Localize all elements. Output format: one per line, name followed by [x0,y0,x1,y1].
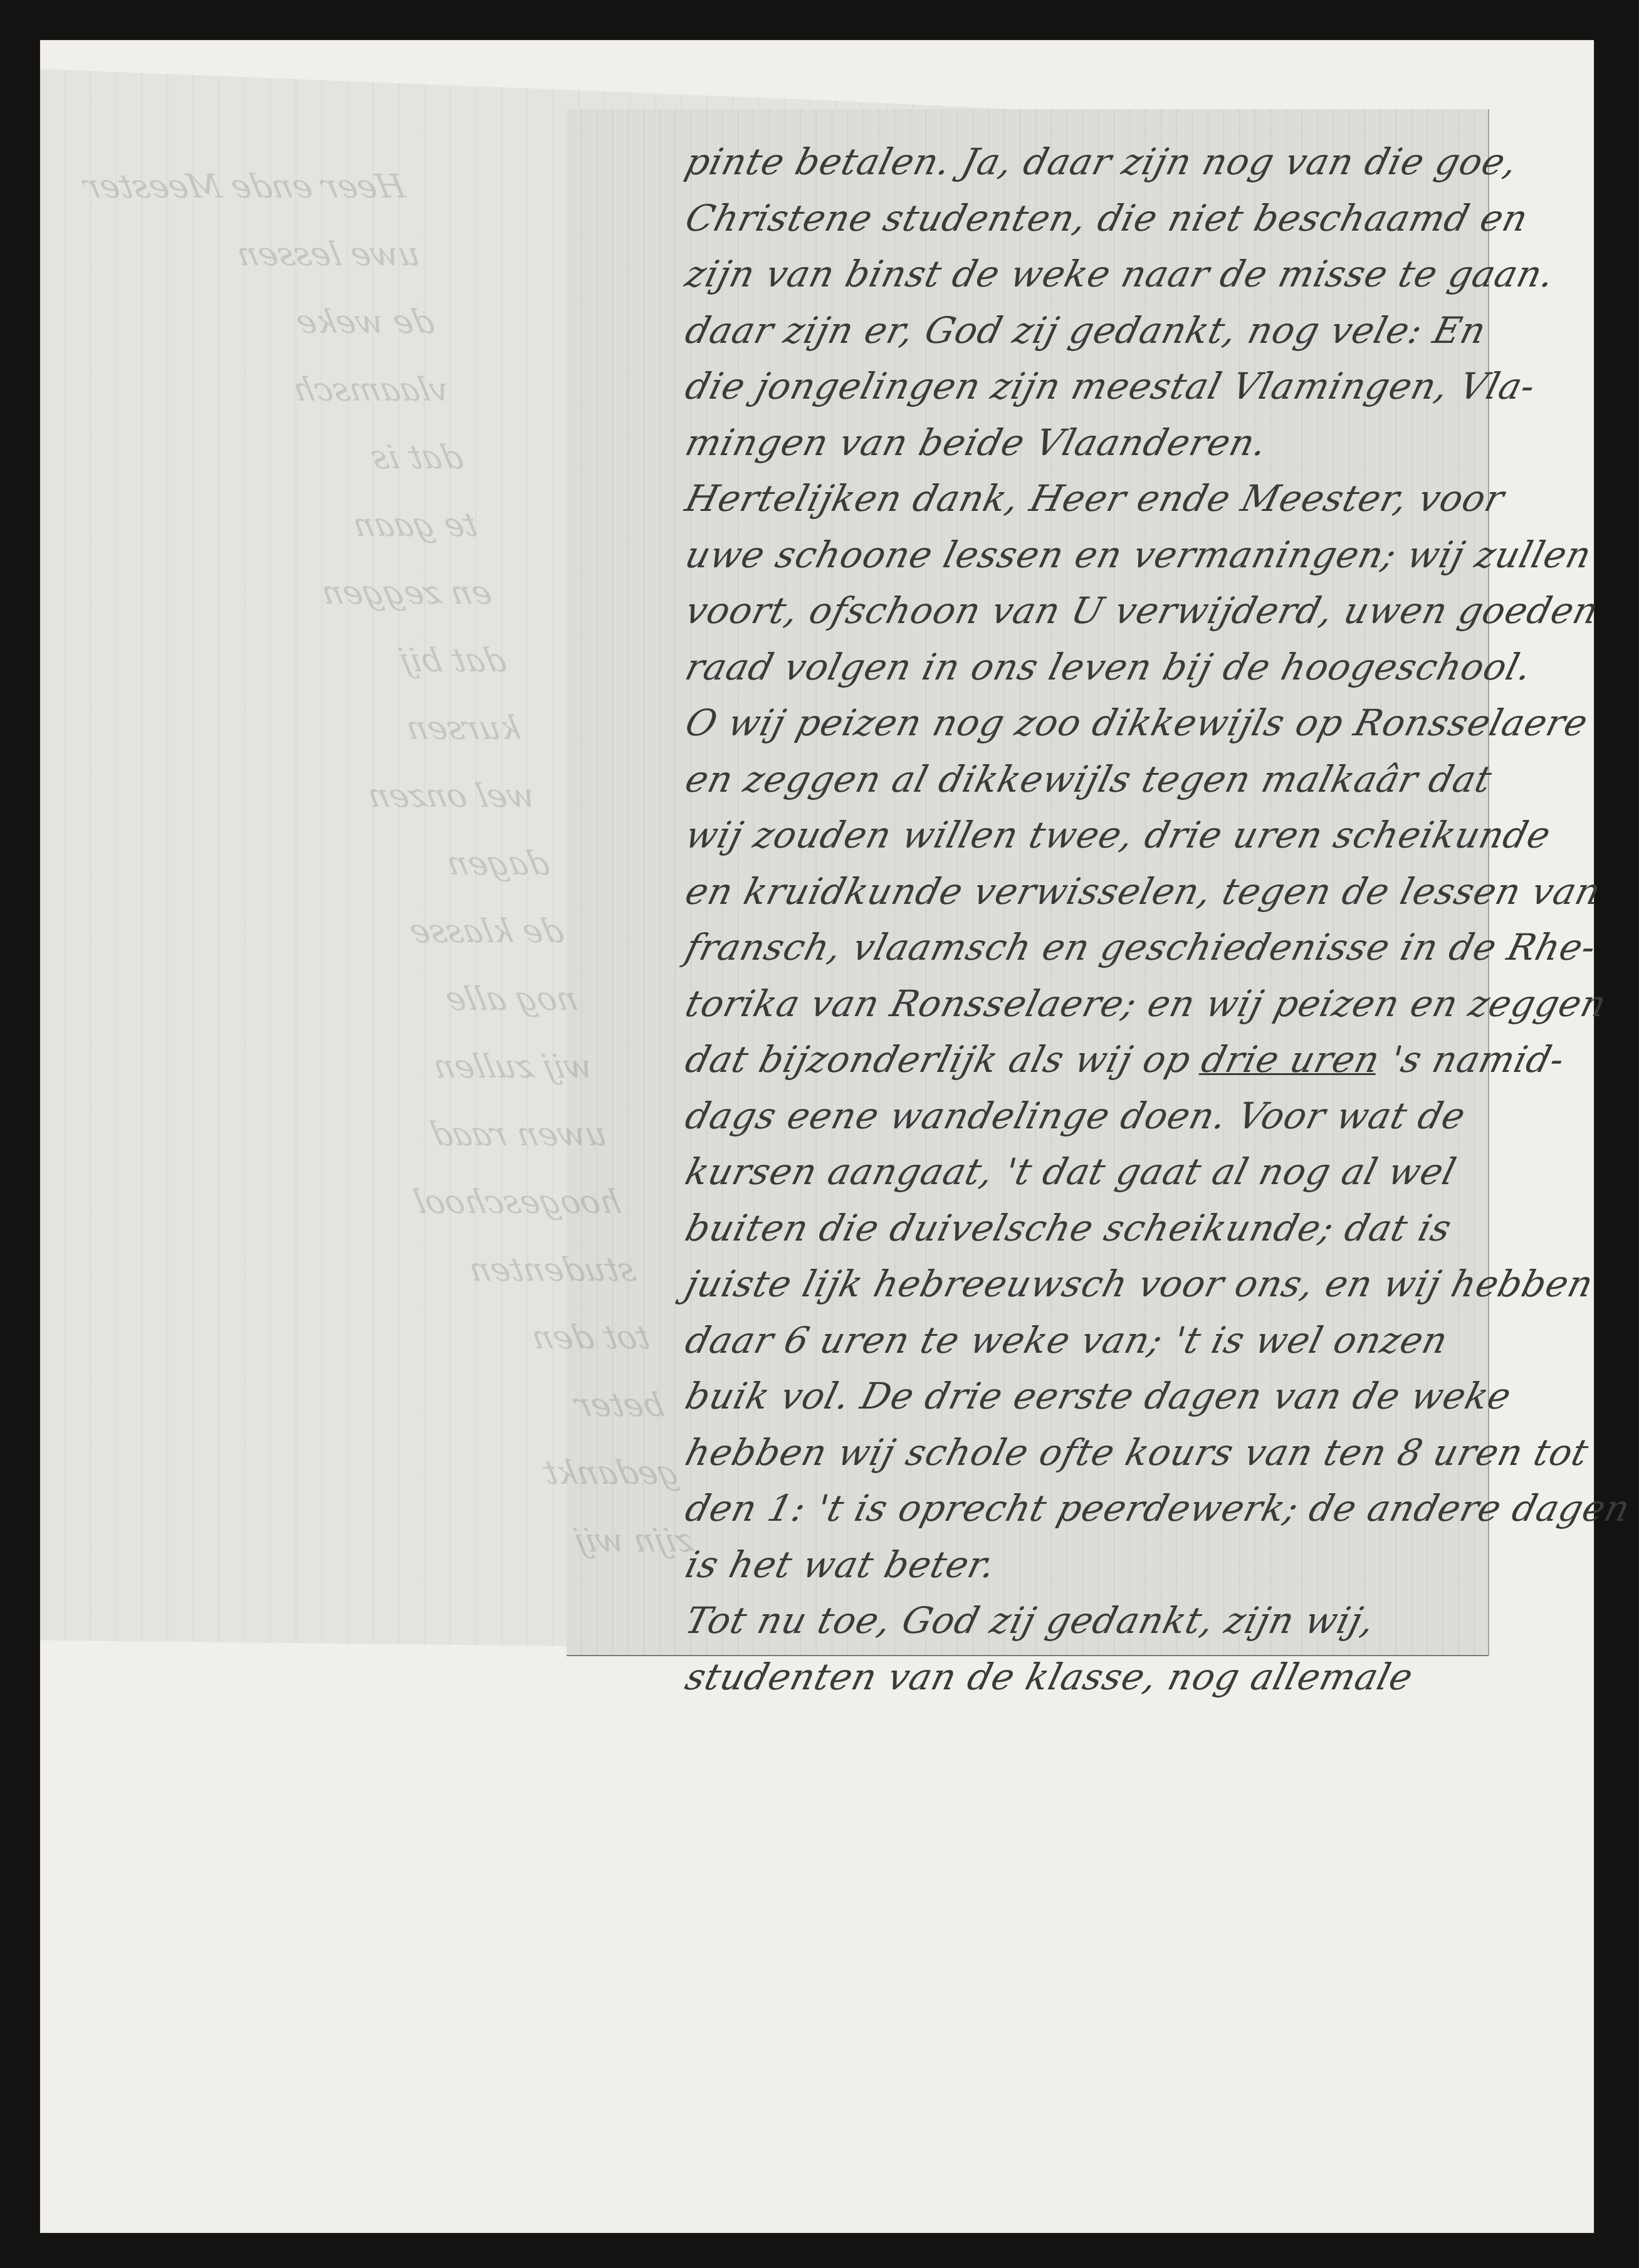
letter-line: buiten die duivelsche scheikunde; dat is [679,1200,1558,1257]
letter-line: voort, ofschoon van U verwijderd, uwen g… [679,583,1558,639]
letter-line: raad volgen in ons leven bij de hoogesch… [679,639,1558,696]
letter-line: juiste lijk hebreeuwsch voor ons, en wij… [679,1256,1558,1313]
letter-line: die jongelingen zijn meestal Vlamingen, … [679,359,1558,415]
letter-body: pinte betalen. Ja, daar zijn nog van die… [679,134,1544,1705]
letter-line: daar zijn er, God zij gedankt, nog vele:… [679,303,1558,359]
letter-line: O wij peizen nog zoo dikkewijls op Ronss… [679,695,1558,752]
letter-line-underlined: dat bijzonderlijk als wij op drie uren '… [679,1032,1558,1088]
letter-line: Christene studenten, die niet beschaamd … [679,191,1558,247]
letter-line: torika van Ronsselaere; en wij peizen en… [679,976,1558,1032]
letter-line: daar 6 uren te weke van; 't is wel onzen [679,1313,1558,1369]
letter-line: fransch, vlaamsch en geschiedenisse in d… [679,920,1558,976]
paper-sheet: Heer ende Meester uwe lessen de weke vla… [40,40,1594,2233]
letter-line: den 1: 't is oprecht peerdewerk; de ande… [679,1481,1558,1537]
underlined-phrase: drie uren [1197,1038,1385,1081]
letter-line: hebben wij schole ofte kours van ten 8 u… [679,1425,1558,1481]
letter-line: studenten van de klasse, nog allemale [679,1649,1558,1706]
letter-line: wij zouden willen twee, drie uren scheik… [679,807,1558,864]
letter-line: uwe schoone lessen en vermaningen; wij z… [679,527,1558,584]
scan-background: Heer ende Meester uwe lessen de weke vla… [0,0,1639,2268]
letter-line: is het wat beter. [679,1537,1558,1593]
letter-line: Hertelijken dank, Heer ende Meester, voo… [679,471,1558,527]
letter-line: en kruidkunde verwisselen, tegen de less… [679,864,1558,920]
letter-line: en zeggen al dikkewijls tegen malkaâr da… [679,752,1558,808]
letter-line: zijn van binst de weke naar de misse te … [679,246,1558,303]
letter-line: dags eene wandelinge doen. Voor wat de [679,1088,1558,1145]
letter-line: buik vol. De drie eerste dagen van de we… [679,1368,1558,1425]
letter-line: kursen aangaat, 't dat gaat al nog al we… [679,1144,1558,1200]
letter-line: Tot nu toe, God zij gedankt, zijn wij, [679,1593,1558,1649]
letter-line: pinte betalen. Ja, daar zijn nog van die… [679,134,1558,191]
letter-line: mingen van beide Vlaanderen. [679,415,1558,471]
